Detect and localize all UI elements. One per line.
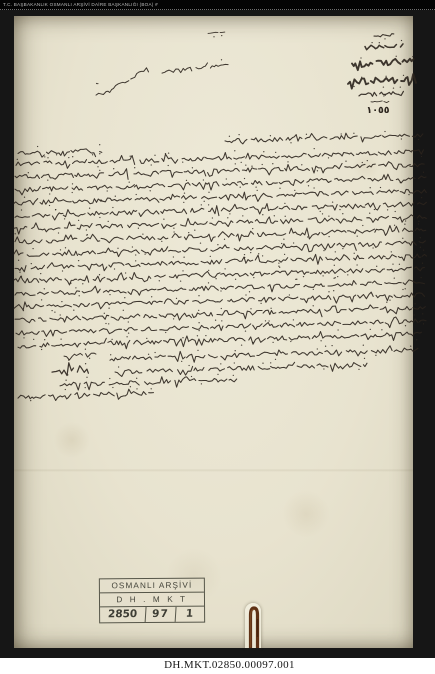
- stamp-number-row: 2850 97 1: [100, 607, 204, 623]
- scan-header-text: T.C. BAŞBAKANLIK OSMANLI ARŞİVİ DAİRE BA…: [3, 2, 158, 7]
- stamp-cell: 2850: [100, 607, 147, 622]
- paperclip-wire: [243, 603, 264, 648]
- stamp-cell: 97: [146, 607, 177, 622]
- archive-stamp: OSMANLI ARŞİVİ D H . M K T 2850 97 1: [99, 578, 205, 624]
- document-paper: [14, 16, 413, 648]
- letterhead-number: ١٠٥٥: [356, 105, 400, 116]
- stamp-cell: 1: [175, 607, 205, 622]
- scan-header-bar: T.C. BAŞBAKANLIK OSMANLI ARŞİVİ DAİRE BA…: [0, 0, 435, 10]
- caption-bar: DH.MKT.02850.00097.001: [0, 658, 435, 674]
- stamp-archive-name: OSMANLI ARŞİVİ: [100, 579, 204, 594]
- paperclip: [243, 603, 264, 648]
- reference-caption: DH.MKT.02850.00097.001: [12, 658, 435, 673]
- archive-scan-viewer: T.C. BAŞBAKANLIK OSMANLI ARŞİVİ DAİRE BA…: [0, 0, 435, 674]
- stamp-fond-code: D H . M K T: [100, 593, 204, 608]
